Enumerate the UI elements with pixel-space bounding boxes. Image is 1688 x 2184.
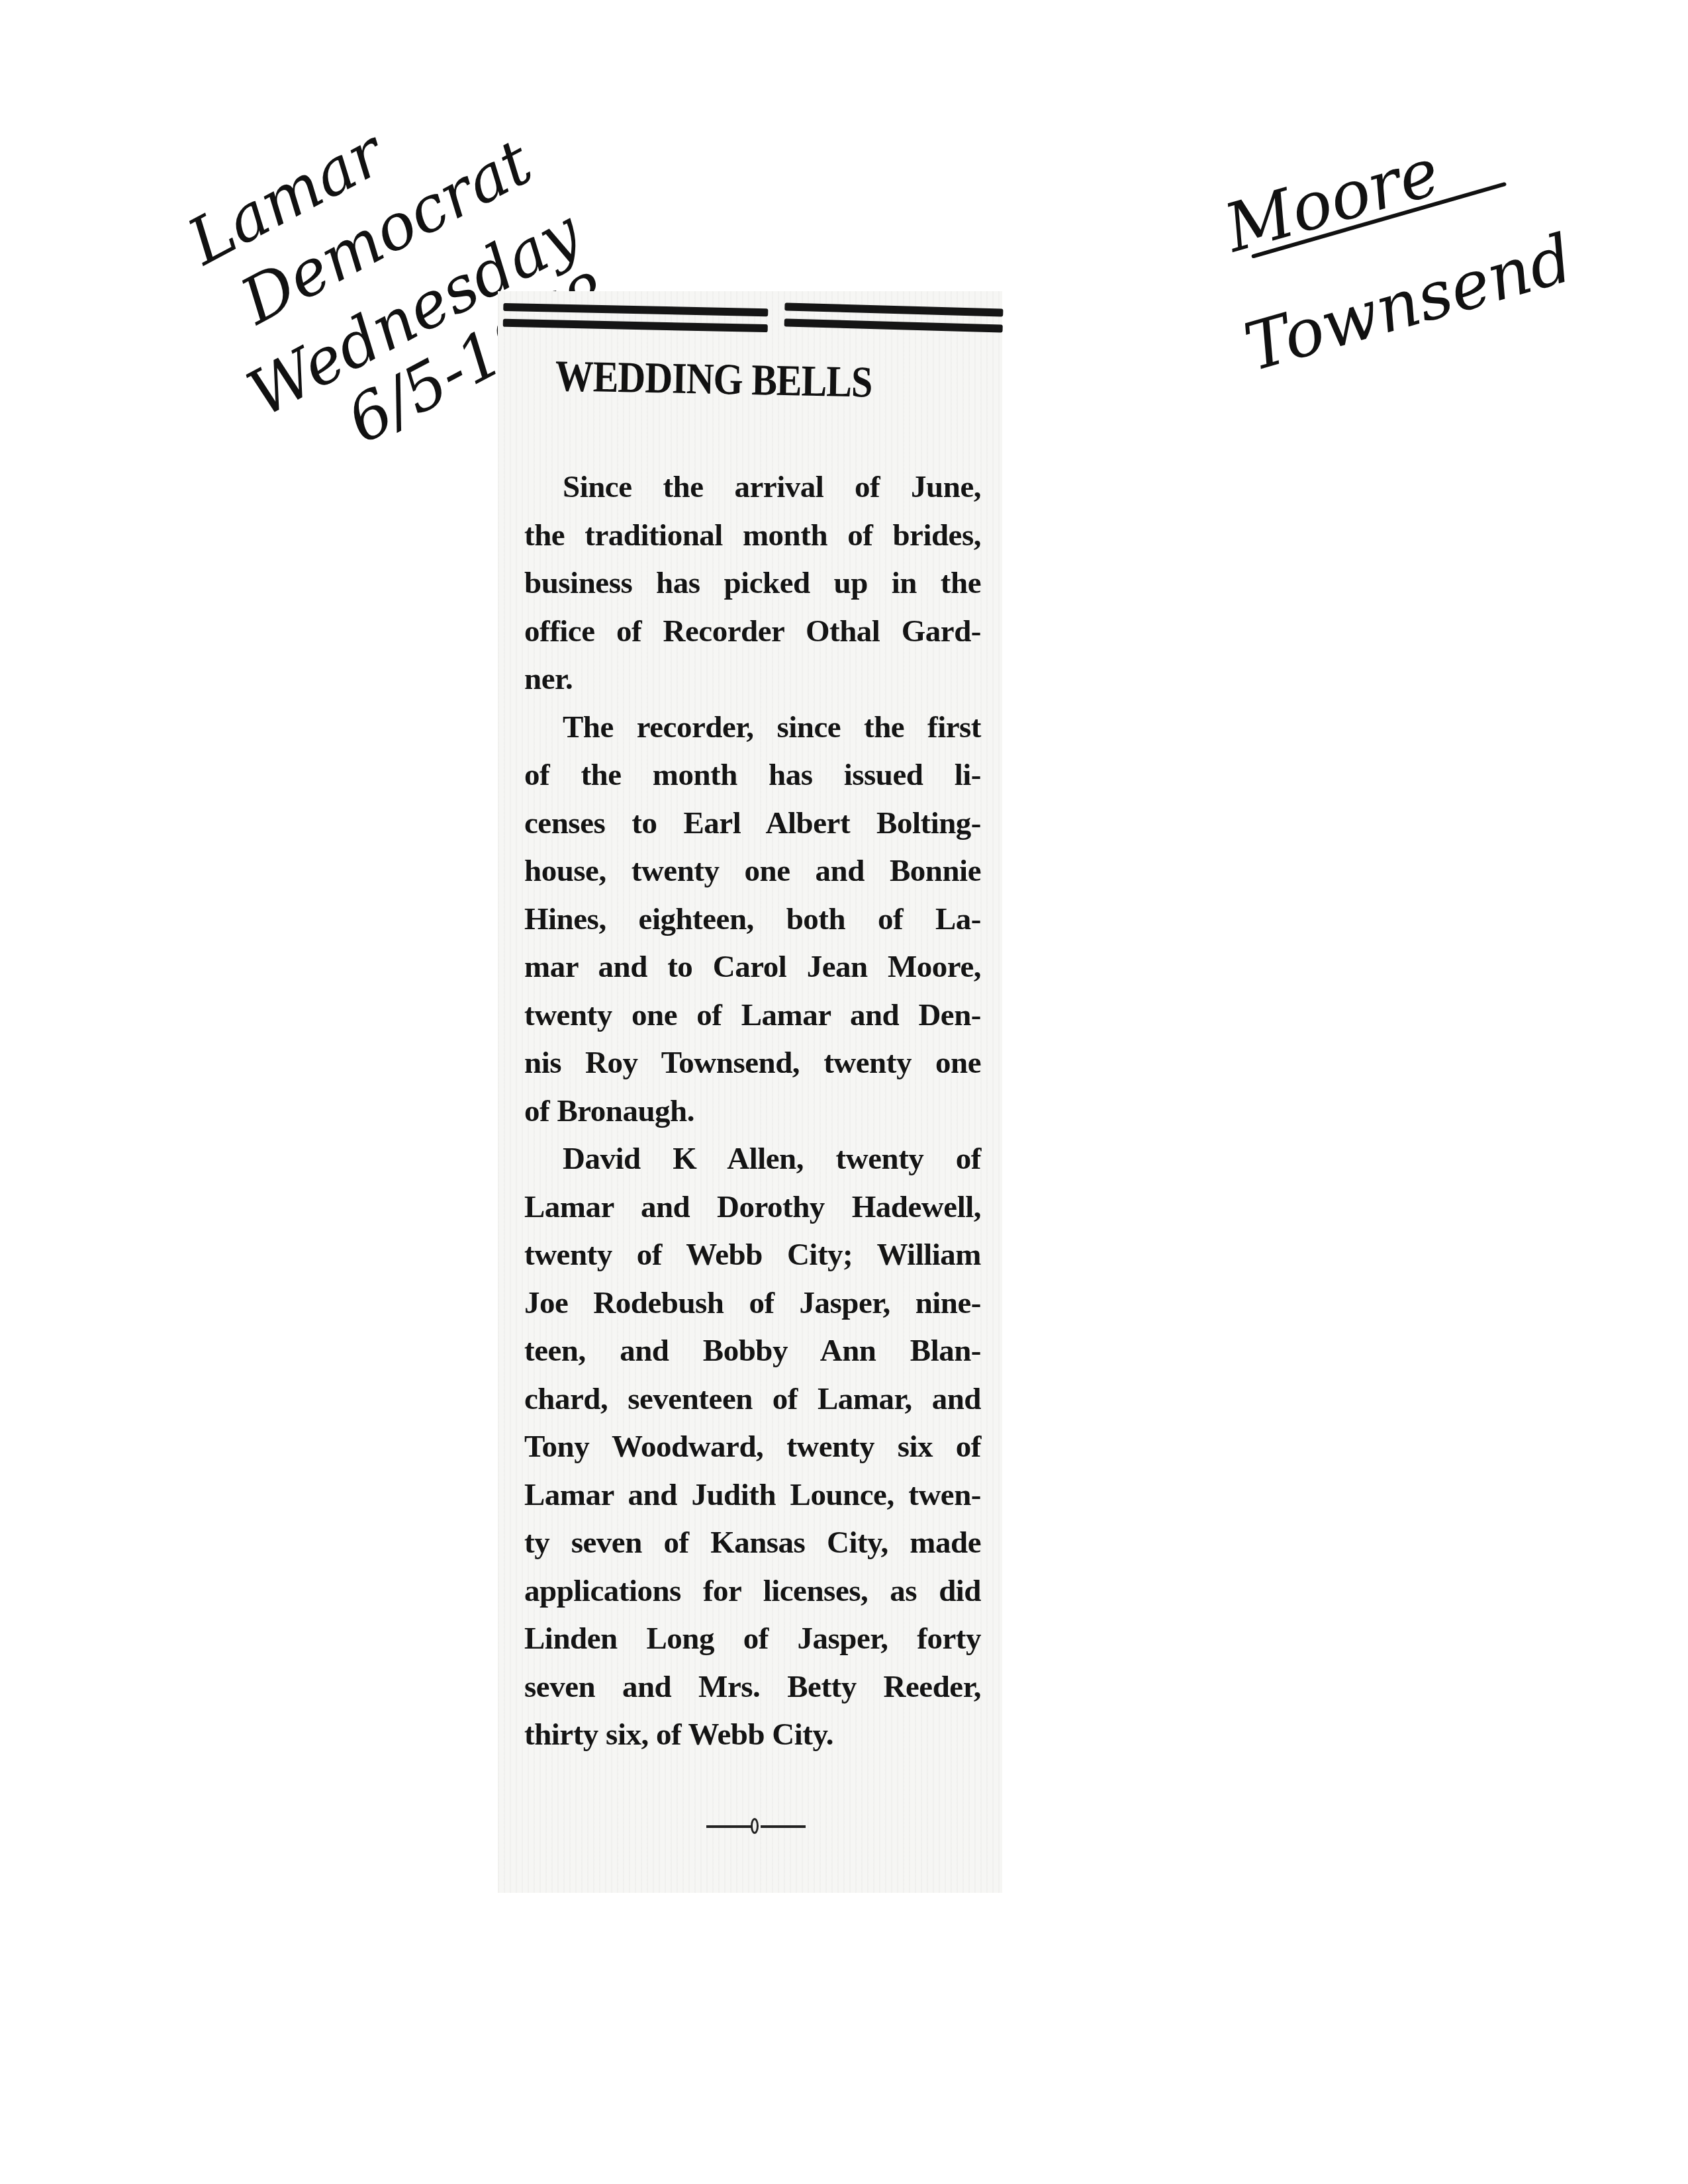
article-line: teen, and Bobby Ann Blan- bbox=[524, 1327, 981, 1375]
article-line: Linden Long of Jasper, forty bbox=[524, 1615, 981, 1663]
article-line: Since the arrival of June, bbox=[524, 463, 981, 512]
article-line: business has picked up in the bbox=[524, 559, 981, 608]
article-headline: WEDDING BELLS bbox=[497, 349, 1002, 410]
article-paragraph: David K Allen, twenty ofLamar and Doroth… bbox=[524, 1135, 981, 1759]
article-line: David K Allen, twenty of bbox=[524, 1135, 981, 1183]
end-mark-circle bbox=[751, 1818, 759, 1834]
article-line: of Bronaugh. bbox=[524, 1087, 981, 1136]
article-line: nis Roy Townsend, twenty one bbox=[524, 1039, 981, 1087]
article-line: thirty six, of Webb City. bbox=[524, 1711, 981, 1759]
article-line: mar and to Carol Jean Moore, bbox=[524, 943, 981, 991]
handwritten-surnames-note: Moore Townsend bbox=[1205, 119, 1509, 318]
article-line: Lamar and Dorothy Hadewell, bbox=[524, 1183, 981, 1232]
handwritten-surname-moore: Moore bbox=[1218, 138, 1446, 262]
article-body: Since the arrival of June,the traditiona… bbox=[524, 463, 981, 1759]
double-rule-left bbox=[502, 296, 768, 341]
article-line: office of Recorder Othal Gard- bbox=[524, 608, 981, 656]
article-line: Tony Woodward, twenty six of bbox=[524, 1423, 981, 1471]
article-line: ty seven of Kansas City, made bbox=[524, 1519, 981, 1567]
article-paragraph: Since the arrival of June,the traditiona… bbox=[524, 463, 981, 704]
double-rule-right bbox=[784, 296, 1004, 341]
article-paragraph: The recorder, since the firstof the mont… bbox=[524, 704, 981, 1136]
article-line: Lamar and Judith Lounce, twen- bbox=[524, 1471, 981, 1520]
article-line: Joe Rodebush of Jasper, nine- bbox=[524, 1279, 981, 1328]
newspaper-clipping: WEDDING BELLS Since the arrival of June,… bbox=[498, 291, 1002, 1893]
article-line: censes to Earl Albert Bolting- bbox=[524, 799, 981, 848]
article-line: twenty of Webb City; William bbox=[524, 1231, 981, 1279]
article-line: house, twenty one and Bonnie bbox=[524, 847, 981, 895]
end-mark-dash-left bbox=[706, 1825, 751, 1828]
article-line: chard, seventeen of Lamar, and bbox=[524, 1375, 981, 1424]
article-end-mark bbox=[706, 1817, 806, 1837]
article-line: applications for licenses, as did bbox=[524, 1567, 981, 1615]
article-line: Hines, eighteen, both of La- bbox=[524, 895, 981, 944]
article-line: seven and Mrs. Betty Reeder, bbox=[524, 1663, 981, 1711]
article-line: twenty one of Lamar and Den- bbox=[524, 991, 981, 1040]
article-line: of the month has issued li- bbox=[524, 751, 981, 799]
end-mark-dash-right bbox=[761, 1825, 806, 1828]
article-line: the traditional month of brides, bbox=[524, 512, 981, 560]
header-double-rule bbox=[503, 299, 997, 339]
article-line: ner. bbox=[524, 655, 981, 704]
article-line: The recorder, since the first bbox=[524, 704, 981, 752]
